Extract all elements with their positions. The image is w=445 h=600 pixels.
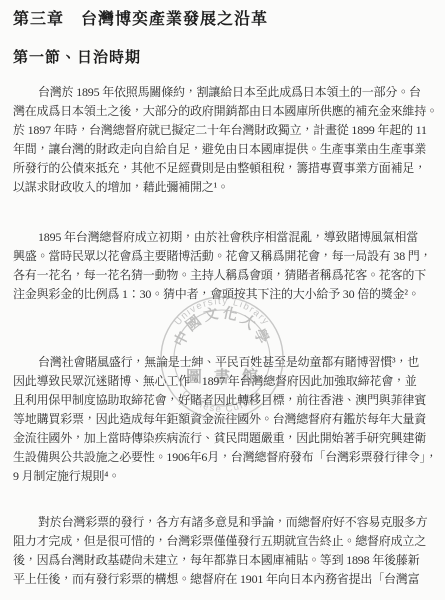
text-line: 後，因爲台灣財政基礎尙未建立，每年都靠日本國庫補貼。等到 1898 年後藤新 [13, 551, 439, 570]
text-line: 9 月制定施行規則⁴。 [13, 467, 439, 486]
text-line: 等地購買彩票，因此造成每年鉅額資金流往國外。台灣總督府有鑑於每年大量資 [13, 410, 439, 429]
text-line: 以謀求財政收入的增加，藉此彌補開之¹。 [13, 178, 439, 197]
text-line: 平上任後，而有發行彩票的構想。總督府在 1901 年向日本內務省提出「台灣富 [13, 570, 439, 589]
text-line: 台灣社會賭風盛行，無論是士紳、平民百姓甚至是幼童都有賭博習慣³，也 [13, 353, 439, 372]
text-line: 金流往國外，加上當時傳染疾病流行、貧民問題嚴重，因此開始著手研究興建衛 [13, 429, 439, 448]
text-line: 對於台灣彩票的發行，各方有諸多意見和爭論，而總督府好不容易克服多方 [13, 513, 439, 532]
text-line: 因此導致民眾沉迷賭博、無心工作。1897 年台灣總督府因此加強取締花會，並 [13, 372, 439, 391]
text-line: 興盛。當時民眾以花會爲主要賭博活動。花會又稱爲開花會，每一局設有 38 門， [13, 247, 439, 266]
paragraph-2: 1895 年台灣總督府成立初期，由於社會秩序相當混亂，導致賭博風氣相當 興盛。當… [13, 228, 439, 304]
text-line: 所發行的公債來抵充，其他不足經費則是由整頓租稅，籌措專賣事業方面補足， [13, 159, 439, 178]
document-page: 第三章 台灣博奕產業發展之沿革 第一節、日治時期 台灣於 1895 年依照馬關條… [0, 0, 445, 600]
text-line: 阻力才完成，但是很可惜的，台灣彩票僅僅發行五期就宣告終止。總督府成立之 [13, 532, 439, 551]
section-title: 第一節、日治時期 [13, 49, 439, 68]
text-line: 各有一花名，每一花名猜一動物。主持人稱爲會頭，猜賭者稱爲花客。花客的下 [13, 266, 439, 285]
chapter-title: 第三章 台灣博奕產業發展之沿革 [13, 10, 439, 30]
text-line: 灣在成爲日本領土之後，大部分的政府開銷都由日本國庫所供應的補充金來維持。 [13, 102, 439, 121]
text-line: 年間，讓台灣的財政走向自給自足，避免由日本國庫提供。生產事業由生產事業 [13, 140, 439, 159]
text-line: 台灣於 1895 年依照馬關條約，割讓給日本至此成爲日本領土的一部分。台 [13, 83, 439, 102]
text-line: 生設備與公共設施之必要性。1906年6月，台灣總督府發布「台灣彩票發行律令」， [13, 448, 439, 467]
text-line: 且利用保甲制度協助取締花會，好賭者因此轉移目標，前往香港、澳門與菲律賓 [13, 391, 439, 410]
text-line: 於 1897 年時，台灣總督府就已擬定二十年台灣財政獨立，計畫從 1899 年起… [13, 121, 439, 140]
paragraph-4: 對於台灣彩票的發行，各方有諸多意見和爭論，而總督府好不容易克服多方 阻力才完成，… [13, 513, 439, 589]
paragraph-1: 台灣於 1895 年依照馬關條約，割讓給日本至此成爲日本領土的一部分。台 灣在成… [13, 83, 439, 197]
text-line: 1895 年台灣總督府成立初期，由於社會秩序相當混亂，導致賭博風氣相當 [13, 228, 439, 247]
paragraph-3: 台灣社會賭風盛行，無論是士紳、平民百姓甚至是幼童都有賭博習慣³，也 因此導致民眾… [13, 353, 439, 486]
text-line: 注金與彩金的比例爲 1：30。猜中者，會頭按其下注的大小給予 30 倍的獎金²。 [13, 285, 439, 304]
